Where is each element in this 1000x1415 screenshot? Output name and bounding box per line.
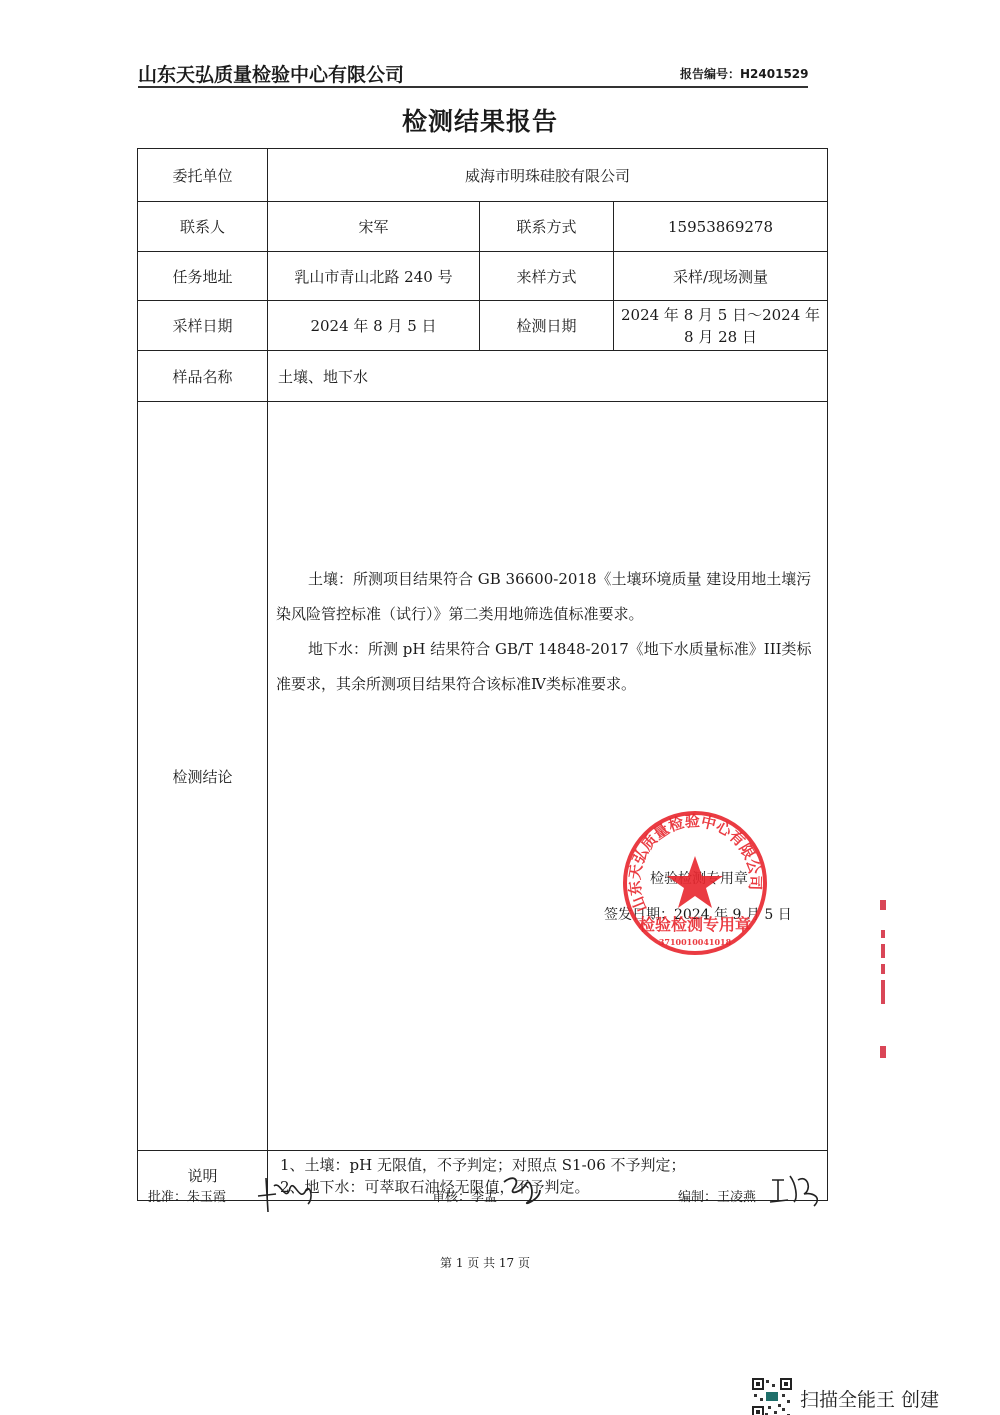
- conclusion-cell: 土壤：所测项目结果符合 GB 36600-2018《土壤环境质量 建设用地土壤污…: [268, 402, 828, 1151]
- table-row: 联系人 宋军 联系方式 15953869278: [138, 202, 828, 252]
- sample-name-label: 样品名称: [138, 351, 268, 402]
- table-row: 检测结论 土壤：所测项目结果符合 GB 36600-2018《土壤环境质量 建设…: [138, 402, 828, 1151]
- sample-name-value: 土壤、地下水: [268, 351, 828, 402]
- edge-seal-icon: [876, 900, 890, 1060]
- report-number-value: H2401529: [740, 67, 809, 81]
- conclusion-label: 检测结论: [138, 402, 268, 1151]
- contact-value: 宋军: [268, 202, 480, 252]
- stamp-inner-text: 检验检测专用章: [639, 915, 751, 934]
- handwritten-signature-icon: [500, 1172, 544, 1208]
- handwritten-signature-icon: [256, 1174, 316, 1214]
- official-seal-icon: 山东天弘质量检验中心有限公司 检验检测专用章 3710010041018: [620, 808, 770, 958]
- address-value: 乳山市青山北路 240 号: [268, 252, 480, 301]
- scanner-watermark: 扫描全能王 创建: [752, 1378, 939, 1415]
- stamp-code: 3710010041018: [659, 937, 732, 947]
- table-row: 委托单位 威海市明珠硅胶有限公司: [138, 149, 828, 202]
- client-label: 委托单位: [138, 149, 268, 202]
- report-title: 检测结果报告: [0, 102, 960, 138]
- sampling-method-label: 来样方式: [480, 252, 614, 301]
- header-divider: [138, 86, 808, 88]
- address-label: 任务地址: [138, 252, 268, 301]
- approver-signature: 批准：朱玉霞: [148, 1186, 226, 1205]
- sampling-date-value: 2024 年 8 月 5 日: [268, 301, 480, 351]
- qr-code-icon: [752, 1378, 792, 1415]
- report-number-label: 报告编号：: [680, 67, 740, 81]
- compiler-signature: 编制：王凌燕: [678, 1186, 756, 1205]
- sampling-method-value: 采样/现场测量: [614, 252, 828, 301]
- note-item: 1、土壤：pH 无限值，不予判定；对照点 S1-06 不予判定；: [280, 1154, 823, 1176]
- sampling-date-label: 采样日期: [138, 301, 268, 351]
- reviewer-signature: 审核：李孟: [432, 1186, 497, 1205]
- test-date-value: 2024 年 8 月 5 日～2024 年 8 月 28 日: [614, 301, 828, 351]
- page-indicator: 第 1 页 共 17 页: [0, 1254, 970, 1271]
- conclusion-soil: 土壤：所测项目结果符合 GB 36600-2018《土壤环境质量 建设用地土壤污…: [276, 562, 819, 632]
- handwritten-signature-icon: [768, 1170, 828, 1210]
- table-row: 采样日期 2024 年 8 月 5 日 检测日期 2024 年 8 月 5 日～…: [138, 301, 828, 351]
- table-row: 任务地址 乳山市青山北路 240 号 来样方式 采样/现场测量: [138, 252, 828, 301]
- report-number: 报告编号：H2401529: [680, 65, 809, 82]
- client-value: 威海市明珠硅胶有限公司: [268, 149, 828, 202]
- conclusion-groundwater: 地下水：所测 pH 结果符合 GB/T 14848-2017《地下水质量标准》I…: [276, 632, 819, 702]
- contact-label: 联系人: [138, 202, 268, 252]
- scanner-watermark-text: 扫描全能王 创建: [800, 1385, 939, 1412]
- test-date-label: 检测日期: [480, 301, 614, 351]
- phone-label: 联系方式: [480, 202, 614, 252]
- report-table: 委托单位 威海市明珠硅胶有限公司 联系人 宋军 联系方式 15953869278…: [137, 148, 828, 1201]
- organization-name: 山东天弘质量检验中心有限公司: [138, 60, 404, 87]
- phone-value: 15953869278: [614, 202, 828, 252]
- table-row: 样品名称 土壤、地下水: [138, 351, 828, 402]
- conclusion-text: 土壤：所测项目结果符合 GB 36600-2018《土壤环境质量 建设用地土壤污…: [276, 562, 819, 702]
